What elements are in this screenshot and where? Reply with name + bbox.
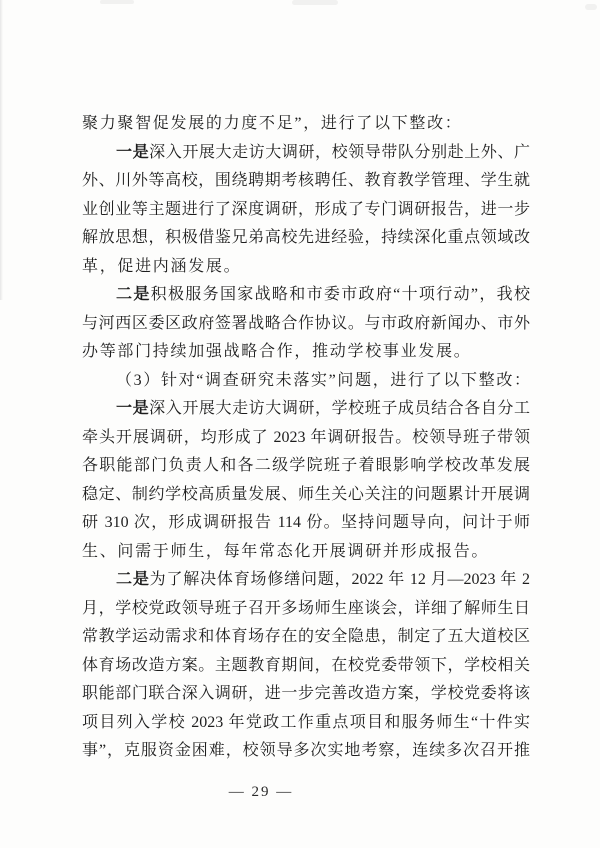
paragraph-lead-bold: 一是	[116, 144, 149, 161]
text-run: 革，促进内涵发展。	[82, 258, 241, 275]
text-line: （3）针对“调查研究未落实”问题，进行了以下整改：	[82, 367, 530, 396]
text-line: 一是深入开展大走访大调研，学校班子成员结合各自分工	[82, 395, 530, 424]
text-run: 研 310 次，形成调研报告 114 份。坚持问题导向，问计于师	[82, 514, 530, 531]
text-run: 深入开展大走访大调研，校领导带队分别赴上外、广	[149, 144, 530, 161]
document-body: 聚力聚智促发展的力度不足”，进行了以下整改：一是深入开展大走访大调研，校领导带队…	[82, 110, 530, 766]
text-run: 积极服务国家战略和市委市政府“十项行动”，我校	[151, 286, 530, 303]
text-line: 事”，克服资金困难，校领导多次实地考察，连续多次召开推	[82, 737, 530, 766]
text-line: 牵头开展调研，均形成了 2023 年调研报告。校领导班子带领	[82, 424, 530, 453]
text-run: 业创业等主题进行了深度调研，形成了专门调研报告，进一步	[82, 201, 530, 218]
text-line: 二是积极服务国家战略和市委市政府“十项行动”，我校	[82, 281, 530, 310]
scan-edge-shadow	[0, 0, 3, 300]
text-line: 二是为了解决体育场修缮问题，2022 年 12 月—2023 年 2	[82, 566, 530, 595]
text-run: 深入开展大走访大调研，学校班子成员结合各自分工	[149, 400, 530, 417]
text-line: 项目列入学校 2023 年党政工作重点项目和服务师生“十件实	[82, 709, 530, 738]
text-line: 解放思想，积极借鉴兄弟高校先进经验，持续深化重点领域改	[82, 224, 530, 253]
text-run: 项目列入学校 2023 年党政工作重点项目和服务师生“十件实	[82, 714, 530, 731]
text-run: （3）针对“调查研究未落实”问题，进行了以下整改：	[116, 372, 530, 389]
text-line: 体育场改造方案。主题教育期间，在校党委带领下，学校相关	[82, 652, 530, 681]
text-line: 生、问需于师生，每年常态化开展调研并形成报告。	[82, 538, 530, 567]
text-line: 稳定、制约学校高质量发展、师生关心关注的问题累计开展调	[82, 481, 530, 510]
text-run: 各职能部门负责人和各二级学院班子着眼影响学校改革发展	[82, 457, 530, 474]
text-run: 职能部门联合深入调研，进一步完善改造方案，学校党委将该	[82, 685, 530, 702]
text-line: 研 310 次，形成调研报告 114 份。坚持问题导向，问计于师	[82, 509, 530, 538]
text-line: 与河西区委区政府签署战略合作协议。与市政府新闻办、市外	[82, 310, 530, 339]
paragraph-lead-bold: 二是	[116, 286, 151, 303]
text-line: 职能部门联合深入调研，进一步完善改造方案，学校党委将该	[82, 680, 530, 709]
text-run: 与河西区委区政府签署战略合作协议。与市政府新闻办、市外	[82, 315, 530, 332]
text-run: 办等部门持续加强战略合作，推动学校事业发展。	[82, 343, 471, 360]
text-line: 革，促进内涵发展。	[82, 253, 530, 282]
text-run: 聚力聚智促发展的力度不足”，进行了以下整改：	[82, 115, 463, 132]
text-run: 体育场改造方案。主题教育期间，在校党委带领下，学校相关	[82, 657, 530, 674]
text-run: 常教学运动需求和体育场存在的安全隐患，制定了五大道校区	[82, 628, 530, 645]
text-line: 一是深入开展大走访大调研，校领导带队分别赴上外、广	[82, 139, 530, 168]
document-page: 聚力聚智促发展的力度不足”，进行了以下整改：一是深入开展大走访大调研，校领导带队…	[0, 0, 600, 848]
text-line: 聚力聚智促发展的力度不足”，进行了以下整改：	[82, 110, 530, 139]
text-line: 月，学校党政领导班子召开多场师生座谈会，详细了解师生日	[82, 595, 530, 624]
text-run: 解放思想，积极借鉴兄弟高校先进经验，持续深化重点领域改	[82, 229, 530, 246]
scan-artifact	[585, 4, 597, 10]
scan-artifact	[100, 0, 134, 4]
text-run: 月，学校党政领导班子召开多场师生座谈会，详细了解师生日	[82, 600, 530, 617]
text-run: 稳定、制约学校高质量发展、师生关心关注的问题累计开展调	[82, 486, 530, 503]
text-line: 外、川外等高校，围绕聘期考核聘任、教育教学管理、学生就	[82, 167, 530, 196]
text-line: 办等部门持续加强战略合作，推动学校事业发展。	[82, 338, 530, 367]
text-run: 为了解决体育场修缮问题，2022 年 12 月—2023 年 2	[150, 571, 530, 588]
text-line: 常教学运动需求和体育场存在的安全隐患，制定了五大道校区	[82, 623, 530, 652]
text-run: 外、川外等高校，围绕聘期考核聘任、教育教学管理、学生就	[82, 172, 530, 189]
text-run: 生、问需于师生，每年常态化开展调研并形成报告。	[82, 543, 489, 560]
paragraph-lead-bold: 一是	[116, 400, 149, 417]
scan-artifact	[292, 0, 338, 5]
paragraph-lead-bold: 二是	[116, 571, 150, 588]
text-line: 业创业等主题进行了深度调研，形成了专门调研报告，进一步	[82, 196, 530, 225]
text-run: 牵头开展调研，均形成了 2023 年调研报告。校领导班子带领	[82, 429, 530, 446]
text-line: 各职能部门负责人和各二级学院班子着眼影响学校改革发展	[82, 452, 530, 481]
text-run: 事”，克服资金困难，校领导多次实地考察，连续多次召开推	[82, 742, 530, 759]
page-number: — 29 —	[0, 784, 522, 801]
